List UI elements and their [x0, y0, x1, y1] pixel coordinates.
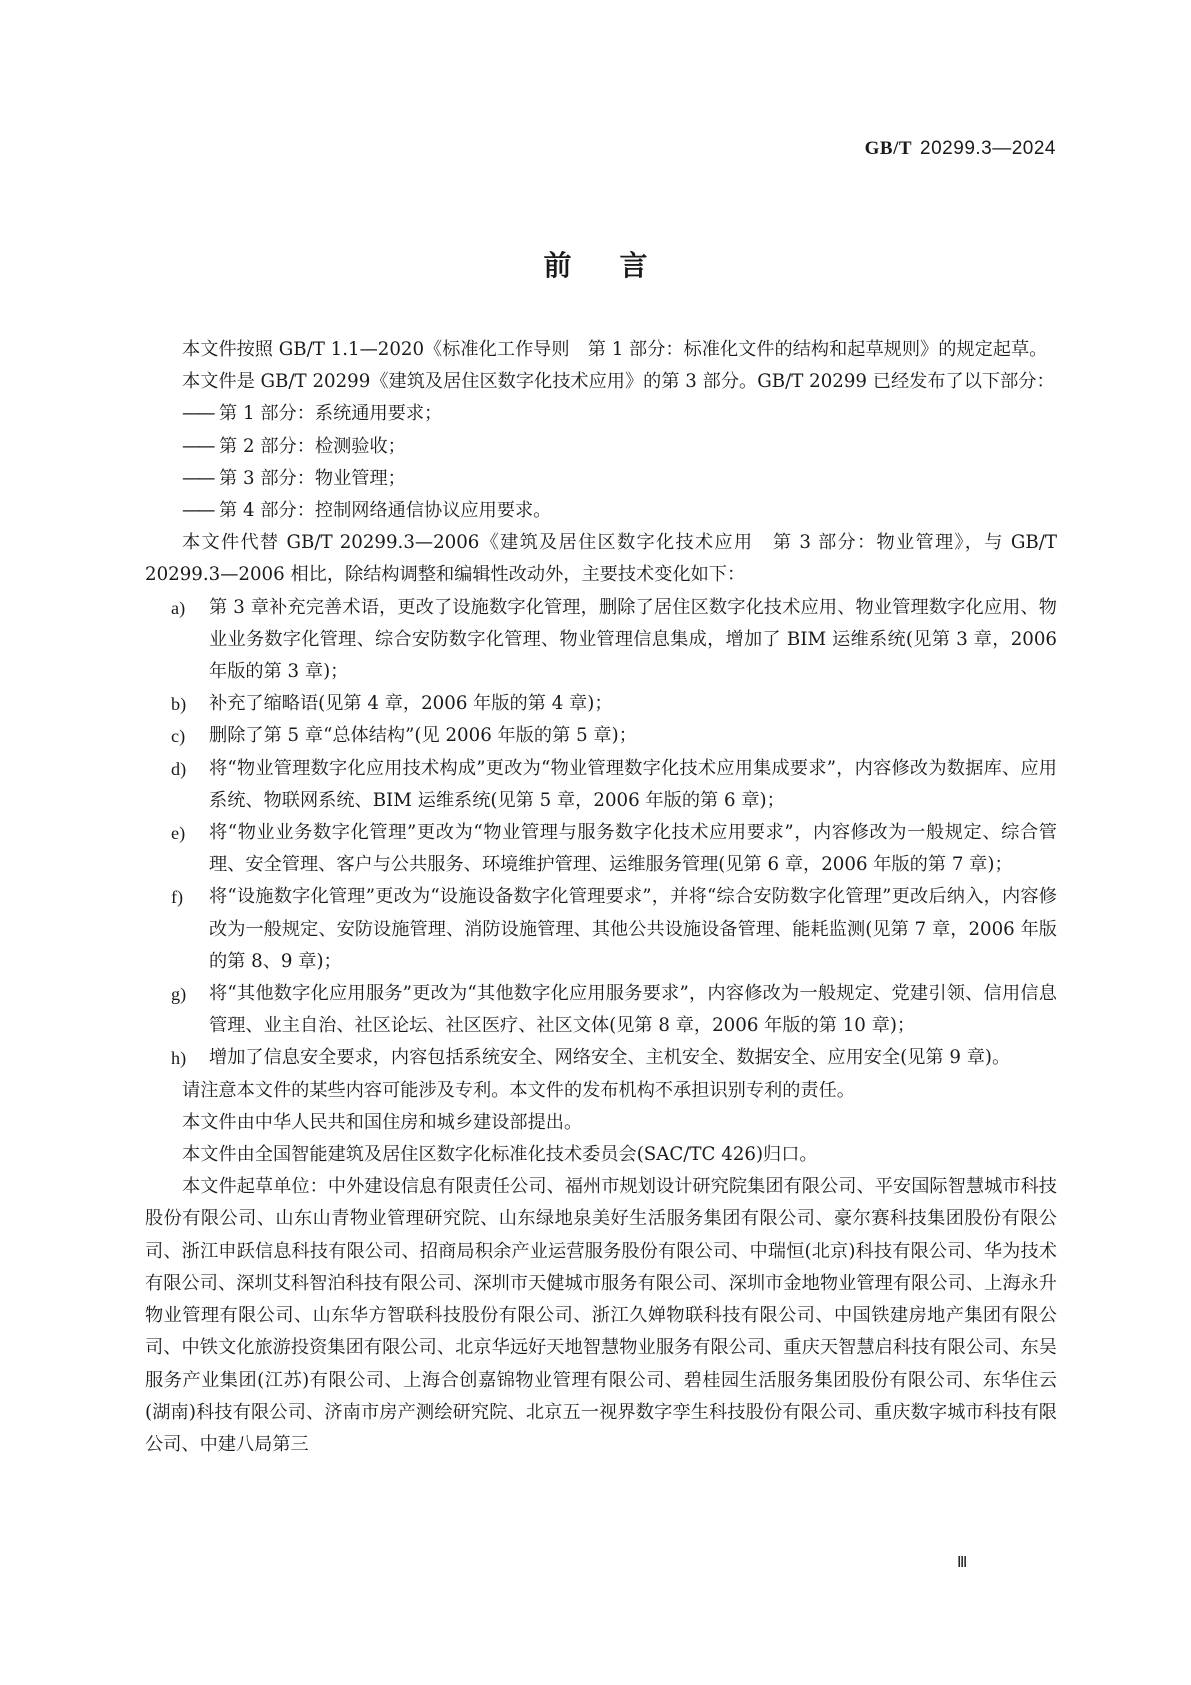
- list-item: ——第 3 部分：物业管理；: [145, 463, 1057, 495]
- item-text: 第 3 章补充完善术语，更改了设施数字化管理，删除了居住区数字化技术应用、物业管…: [209, 592, 1057, 689]
- change-item: e)将“物业业务数字化管理”更改为“物业管理与服务数字化技术应用要求”，内容修改…: [145, 817, 1057, 881]
- paragraph-proposer: 本文件由中华人民共和国住房和城乡建设部提出。: [145, 1107, 1057, 1139]
- paragraph-series-intro: 本文件是 GB/T 20299《建筑及居住区数字化技术应用》的第 3 部分。GB…: [145, 366, 1057, 398]
- item-label: c): [171, 720, 209, 752]
- dash-mark: ——: [182, 463, 219, 495]
- paragraph-replacement: 本文件代替 GB/T 20299.3—2006《建筑及居住区数字化技术应用 第 …: [145, 527, 1057, 591]
- page-title: 前言: [0, 244, 1191, 284]
- item-label: e): [171, 817, 209, 881]
- list-item-text: 第 4 部分：控制网络通信协议应用要求。: [219, 500, 551, 521]
- item-text: 将“其他数字化应用服务”更改为“其他数字化应用服务要求”，内容修改为一般规定、党…: [209, 978, 1057, 1042]
- item-label: h): [171, 1042, 209, 1074]
- list-item-text: 第 3 部分：物业管理；: [219, 468, 406, 489]
- change-item: d)将“物业管理数字化应用技术构成”更改为“物业管理数字化技术应用集成要求”，内…: [145, 753, 1057, 817]
- list-item: ——第 2 部分：检测验收；: [145, 431, 1057, 463]
- item-text: 将“物业业务数字化管理”更改为“物业管理与服务数字化技术应用要求”，内容修改为一…: [209, 817, 1057, 881]
- standard-prefix: GB/T: [865, 138, 912, 159]
- item-text: 增加了信息安全要求，内容包括系统安全、网络安全、主机安全、数据安全、应用安全(见…: [209, 1042, 1057, 1074]
- dash-mark: ——: [182, 495, 219, 527]
- standard-number: 20299.3—2024: [920, 138, 1056, 159]
- item-text: 补充了缩略语(见第 4 章，2006 年版的第 4 章)；: [209, 688, 1057, 720]
- changes-list: a)第 3 章补充完善术语，更改了设施数字化管理，删除了居住区数字化技术应用、物…: [145, 592, 1057, 1075]
- item-label: g): [171, 978, 209, 1042]
- dash-mark: ——: [182, 431, 219, 463]
- change-item: b)补充了缩略语(见第 4 章，2006 年版的第 4 章)；: [145, 688, 1057, 720]
- change-item: f)将“设施数字化管理”更改为“设施设备数字化管理要求”，并将“综合安防数字化管…: [145, 881, 1057, 978]
- page-number: Ⅲ: [957, 1553, 967, 1572]
- item-label: d): [171, 753, 209, 817]
- list-item: ——第 1 部分：系统通用要求；: [145, 398, 1057, 430]
- item-text: 将“物业管理数字化应用技术构成”更改为“物业管理数字化技术应用集成要求”，内容修…: [209, 753, 1057, 817]
- dash-mark: ——: [182, 398, 219, 430]
- item-label: f): [171, 881, 209, 978]
- list-item-text: 第 2 部分：检测验收；: [219, 436, 406, 457]
- item-text: 删除了第 5 章“总体结构”(见 2006 年版的第 5 章)；: [209, 720, 1057, 752]
- list-item-text: 第 1 部分：系统通用要求；: [219, 403, 442, 424]
- paragraph-drafting-rules: 本文件按照 GB/T 1.1—2020《标准化工作导则 第 1 部分：标准化文件…: [145, 334, 1057, 366]
- item-label: a): [171, 592, 209, 689]
- change-item: h)增加了信息安全要求，内容包括系统安全、网络安全、主机安全、数据安全、应用安全…: [145, 1042, 1057, 1074]
- change-item: c)删除了第 5 章“总体结构”(见 2006 年版的第 5 章)；: [145, 720, 1057, 752]
- list-item: ——第 4 部分：控制网络通信协议应用要求。: [145, 495, 1057, 527]
- standard-code: GB/T20299.3—2024: [865, 138, 1056, 160]
- paragraph-committee: 本文件由全国智能建筑及居住区数字化标准化技术委员会(SAC/TC 426)归口。: [145, 1139, 1057, 1171]
- item-label: b): [171, 688, 209, 720]
- paragraph-patent-notice: 请注意本文件的某些内容可能涉及专利。本文件的发布机构不承担识别专利的责任。: [145, 1075, 1057, 1107]
- paragraph-drafting-units: 本文件起草单位：中外建设信息有限责任公司、福州市规划设计研究院集团有限公司、平安…: [145, 1171, 1057, 1461]
- document-body: 本文件按照 GB/T 1.1—2020《标准化工作导则 第 1 部分：标准化文件…: [145, 334, 1057, 1461]
- change-item: a)第 3 章补充完善术语，更改了设施数字化管理，删除了居住区数字化技术应用、物…: [145, 592, 1057, 689]
- item-text: 将“设施数字化管理”更改为“设施设备数字化管理要求”，并将“综合安防数字化管理”…: [209, 881, 1057, 978]
- parts-list: ——第 1 部分：系统通用要求； ——第 2 部分：检测验收； ——第 3 部分…: [145, 398, 1057, 527]
- change-item: g)将“其他数字化应用服务”更改为“其他数字化应用服务要求”，内容修改为一般规定…: [145, 978, 1057, 1042]
